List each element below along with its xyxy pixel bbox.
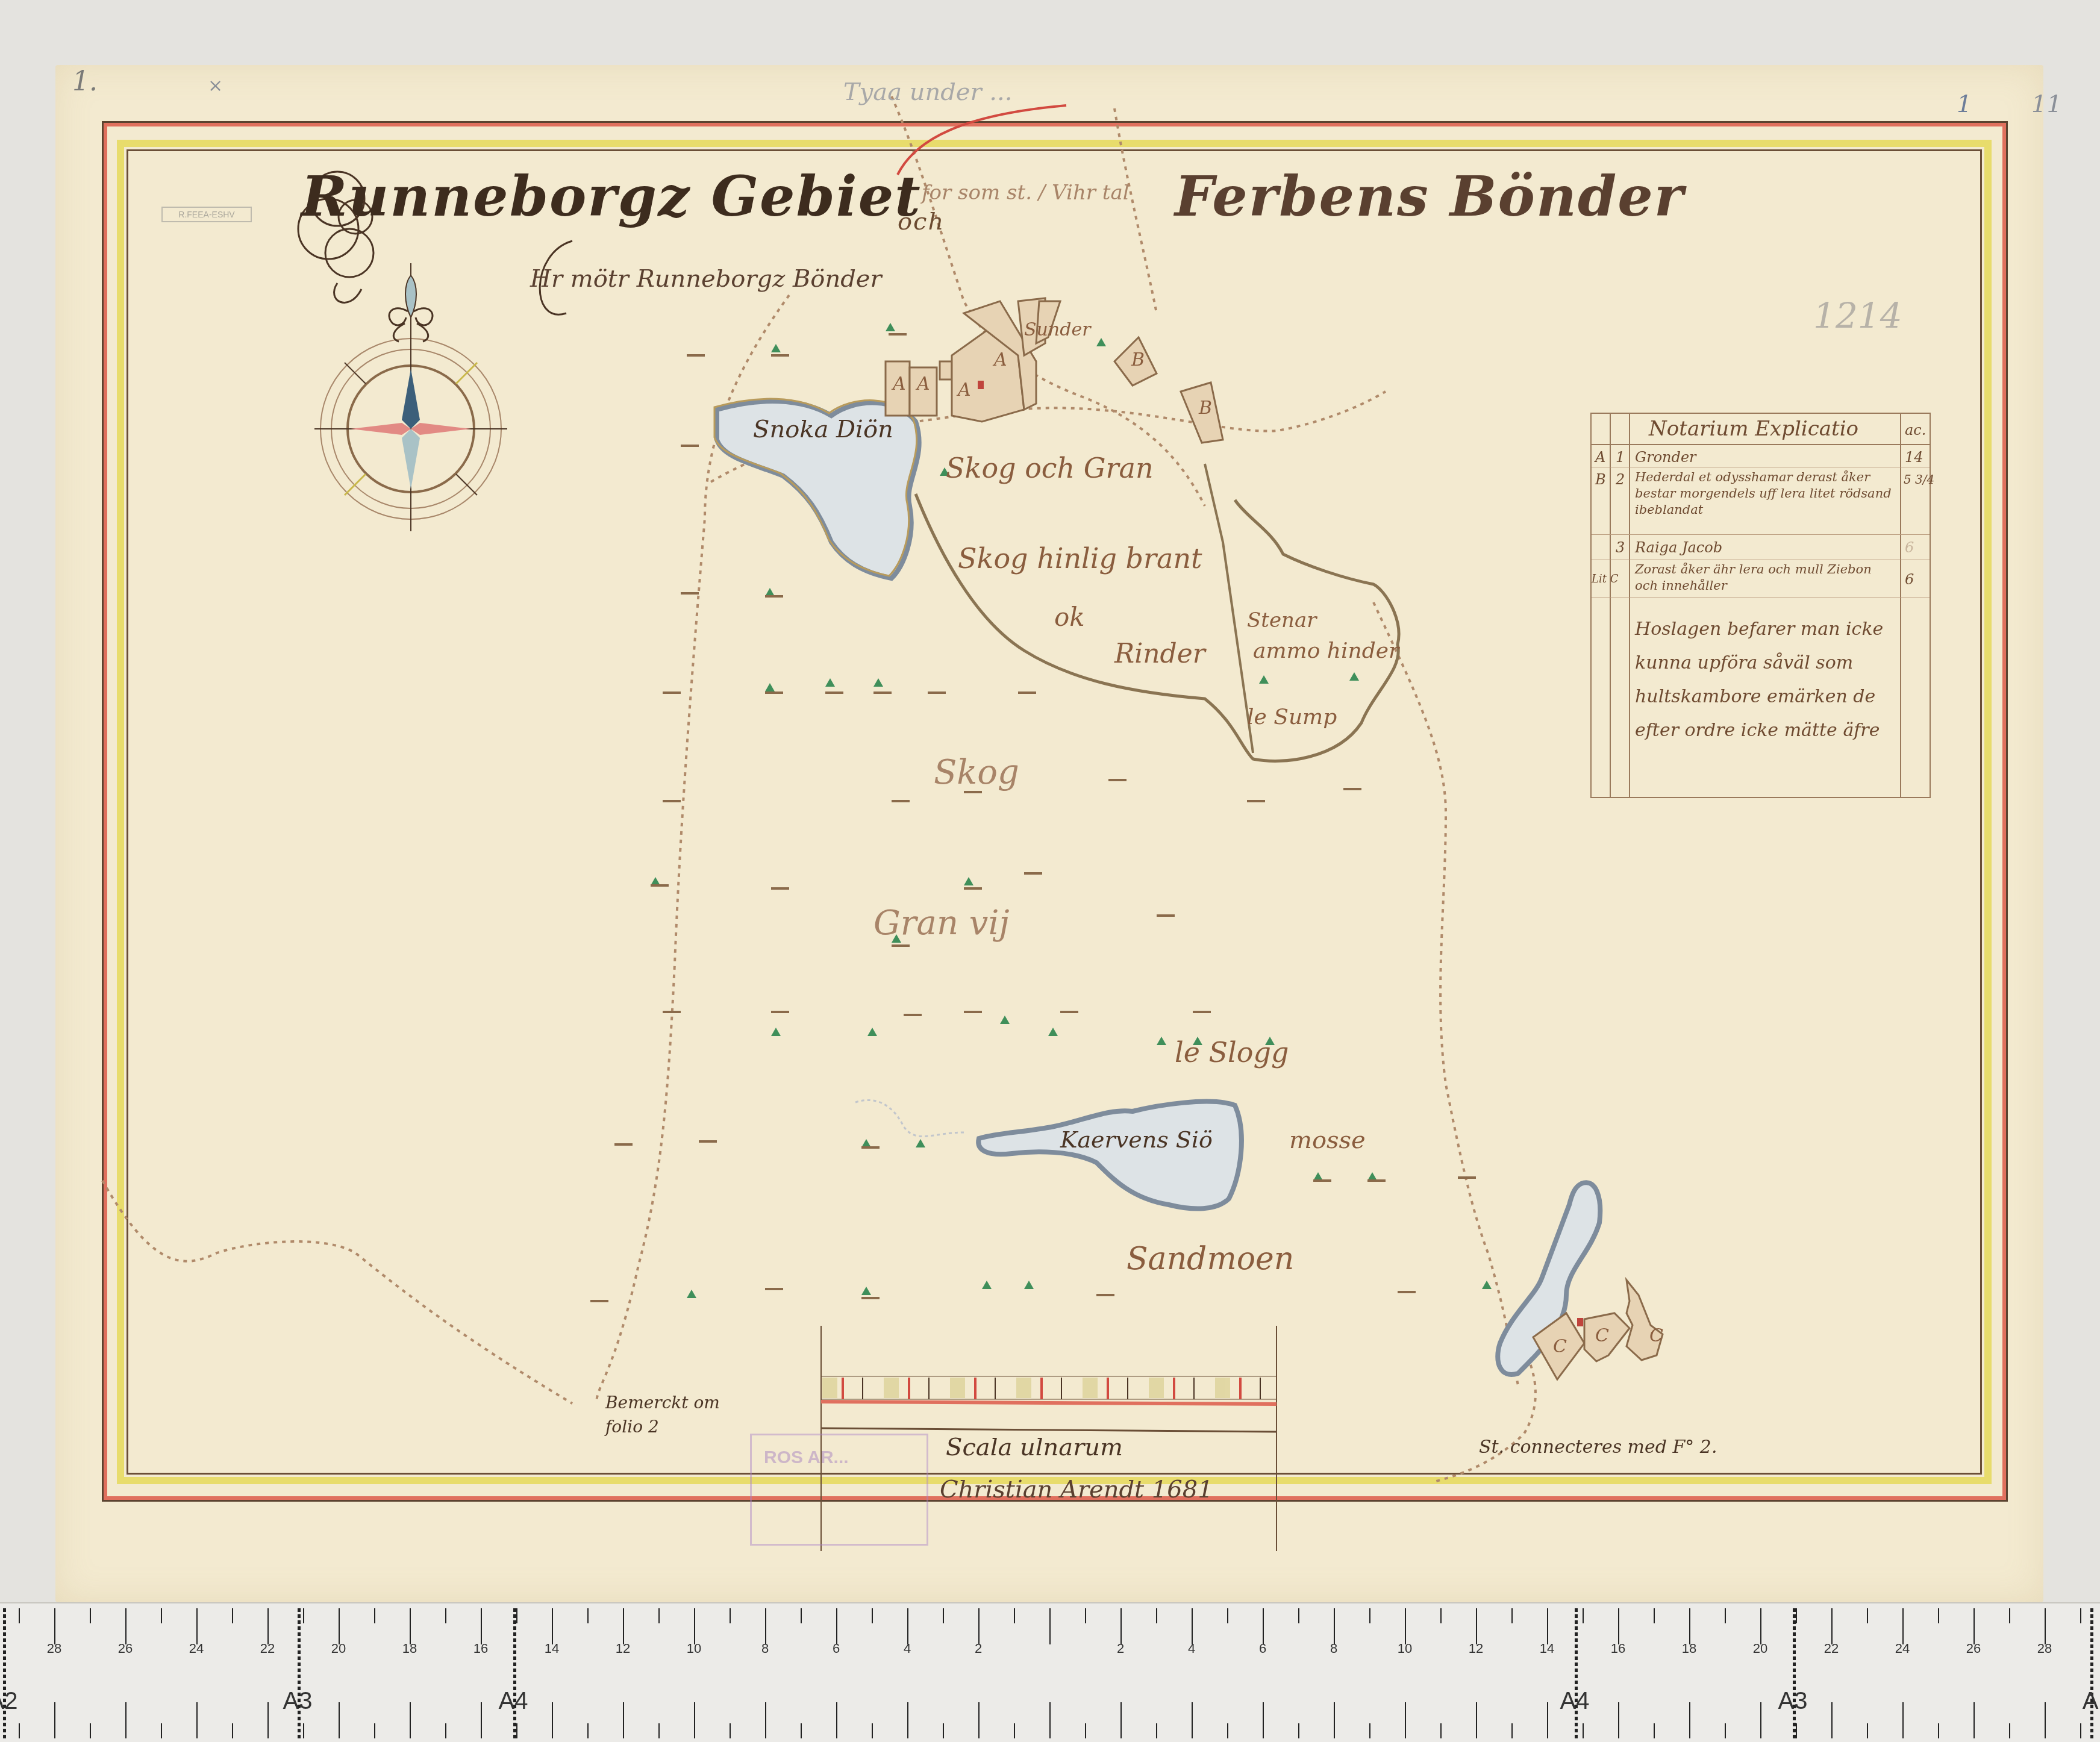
ruler-tick [374, 1608, 375, 1623]
ruler-tick [1654, 1608, 1655, 1623]
map-title-left: Runneborgz Gebiet [301, 164, 922, 229]
ruler-tick [410, 1702, 411, 1738]
ruler-tick [623, 1702, 624, 1738]
legend-row-value: 14 [1905, 447, 1923, 467]
ruler-tick [1298, 1608, 1299, 1623]
ruler-tick [552, 1608, 553, 1644]
lake-label-kaervens-sio: Kaervens Siö [1060, 1126, 1213, 1153]
label-ammo-hinder: ammo hinder [1253, 638, 1399, 663]
ruler-tick [1440, 1723, 1442, 1738]
ruler-number: 12 [616, 1641, 630, 1656]
ruler-tick [1689, 1702, 1690, 1738]
ruler-tick [658, 1608, 660, 1623]
ruler-number: 24 [189, 1641, 204, 1656]
parcel-divider [1205, 464, 1253, 753]
ruler-tick [232, 1608, 233, 1623]
ruler-tick [1583, 1608, 1584, 1623]
legend-note: Hoslagen befarer man icke kunna upföra s… [1635, 613, 1894, 748]
ruler-tick [1334, 1702, 1335, 1738]
label-sunder: Sunder [1024, 319, 1091, 340]
ruler-tick [1760, 1608, 1761, 1644]
ruler-number: 6 [833, 1641, 840, 1656]
lake-kaervens-sio [978, 1102, 1242, 1209]
ruler-tick [267, 1702, 269, 1738]
ruler-tick [1049, 1608, 1051, 1644]
ruler-tick [481, 1702, 482, 1738]
ruler-number: 6 [1259, 1641, 1266, 1656]
stamp-text: ROS AR... [764, 1447, 849, 1468]
note-folio-2: folio 2 [605, 1417, 659, 1437]
map-signature: Christian Arendt 1681 [940, 1476, 1213, 1503]
farm-marker [1577, 1318, 1583, 1326]
ruler-tick [1263, 1702, 1264, 1738]
ruler-tick [1618, 1702, 1619, 1738]
legend-row-text: Hederdal et odysshamar derast åker besta… [1635, 469, 1894, 518]
paper-format-marker [513, 1608, 516, 1741]
ruler-tick [1725, 1608, 1726, 1623]
red-pen-stroke [898, 105, 1066, 175]
field-letter-a: A [893, 373, 906, 395]
ruler-number: 22 [260, 1641, 275, 1656]
faint-pencil-note: Tyaa under ... [843, 78, 1012, 106]
ruler-tick [1973, 1702, 1975, 1738]
ruler-tick [730, 1608, 731, 1623]
legend-row-text: Raiga Jacob [1635, 537, 1722, 558]
ruler-tick [1547, 1702, 1548, 1738]
ruler-tick [1511, 1723, 1513, 1738]
note-bemerckt: Bemerckt om [605, 1393, 720, 1413]
ruler-tick [1298, 1723, 1299, 1738]
ruler-tick [303, 1723, 304, 1738]
ruler-tick [587, 1608, 589, 1623]
label-stenar: Stenar [1247, 608, 1317, 632]
ruler-tick [196, 1608, 198, 1644]
legend-row-letter: A [1595, 447, 1605, 467]
ruler-number: 16 [1611, 1641, 1625, 1656]
ruler-tick [1796, 1723, 1797, 1738]
paper-format-marker [3, 1608, 6, 1741]
boundary-lines [102, 96, 1536, 1482]
ruler-tick [2045, 1702, 2046, 1738]
ruler-tick [303, 1608, 304, 1623]
ruler-number: 12 [1469, 1641, 1483, 1656]
ruler-tick [1192, 1702, 1193, 1738]
ruler-tick [943, 1723, 944, 1738]
paper-format-label: A4 [499, 1688, 528, 1715]
ruler-tick [1831, 1608, 1833, 1644]
ruler-tick [1831, 1702, 1833, 1738]
ruler-tick [1227, 1608, 1228, 1623]
field-letter-a: A [994, 349, 1007, 370]
ruler-tick [125, 1702, 127, 1738]
ruler-tick [1583, 1723, 1584, 1738]
legend-col-divider [1900, 414, 1901, 797]
paper-format-marker [298, 1608, 301, 1741]
ruler-number: 4 [904, 1641, 911, 1656]
ruler-tick [1263, 1608, 1264, 1644]
ruler-tick [1192, 1608, 1193, 1644]
ruler-tick [1938, 1723, 1939, 1738]
ruler-number: 18 [1682, 1641, 1696, 1656]
legend-row-value: 6 [1905, 569, 1914, 590]
ruler-tick [587, 1723, 589, 1738]
note-connect-folio: St. connecteres med F° 2. [1479, 1437, 1717, 1458]
label-skog: Skog [934, 753, 1019, 792]
paper-format-label: A4 [1560, 1688, 1590, 1715]
label-rinder: Rinder [1114, 638, 1205, 669]
legend-unit-header: ac. [1905, 420, 1926, 440]
ruler-tick [161, 1608, 162, 1623]
field-letter-b: B [1199, 398, 1212, 419]
ruler-tick [267, 1608, 269, 1644]
legend-title: Notarium Explicatio [1649, 419, 1858, 439]
ruler-tick [19, 1608, 20, 1623]
ruler-tick [1867, 1608, 1868, 1623]
ruler-tick [1085, 1723, 1086, 1738]
legend-row-value: 6 [1905, 537, 1914, 558]
ruler-tick [730, 1723, 731, 1738]
legend-header-line [1592, 444, 1930, 445]
legend-row-letter: B [1595, 469, 1606, 490]
field-letter-a: A [917, 373, 930, 395]
ruler-tick [836, 1608, 837, 1644]
ruler-tick [1867, 1723, 1868, 1738]
ruler-tick [374, 1723, 375, 1738]
ruler-tick [1085, 1608, 1086, 1623]
label-mosse: mosse [1289, 1126, 1366, 1154]
ruler-tick [1369, 1608, 1370, 1623]
ruler-tick [19, 1723, 20, 1738]
ruler-number: 14 [545, 1641, 559, 1656]
ruler-number: 2 [1117, 1641, 1124, 1656]
legend-table: Notarium Explicatio ac. A 1 Gronder 14 B… [1590, 413, 1931, 798]
ruler-tick [1156, 1723, 1157, 1738]
ruler-number: 10 [1398, 1641, 1412, 1656]
ruler-number: 24 [1895, 1641, 1910, 1656]
ruler-number: 28 [2037, 1641, 2052, 1656]
ruler-tick [2009, 1723, 2010, 1738]
label-ok: ok [1054, 602, 1085, 632]
label-le-slogg: le Slogg [1175, 1036, 1289, 1069]
ruler-tick [1725, 1723, 1726, 1738]
ruler-tick [1120, 1702, 1122, 1738]
ruler-tick [2009, 1608, 2010, 1623]
church-marker [978, 381, 984, 389]
paper-format-label: A3 [1778, 1688, 1808, 1715]
ruler-tick [1796, 1608, 1797, 1623]
legend-col-divider [1629, 414, 1630, 797]
ruler-tick [978, 1608, 980, 1644]
ruler-tick [694, 1608, 695, 1644]
ruler-number: 22 [1824, 1641, 1839, 1656]
ruler-tick [907, 1702, 908, 1738]
ruler-tick [1973, 1608, 1975, 1644]
faint-overlay-note: for som st. / Vihr tal [922, 181, 1130, 205]
ruler-tick [872, 1608, 873, 1623]
ruler-tick [1440, 1608, 1442, 1623]
ruler-tick [1654, 1723, 1655, 1738]
scale-label: Scala ulnarum [946, 1434, 1123, 1461]
ruler-tick [516, 1723, 517, 1738]
ruler-tick [552, 1702, 553, 1738]
ruler-tick [1014, 1723, 1015, 1738]
ruler-tick [1902, 1702, 1904, 1738]
ruler-tick [872, 1723, 873, 1738]
ruler-tick [1227, 1723, 1228, 1738]
ruler-tick [161, 1723, 162, 1738]
paper-format-marker [1575, 1608, 1578, 1741]
ruler-number: 2 [975, 1641, 982, 1656]
paper-format-label: A3 [283, 1688, 313, 1715]
legend-row-value: 5 3/4 [1904, 469, 1934, 490]
paper-format-label: A [2083, 1688, 2099, 1715]
ruler-number: 10 [687, 1641, 701, 1656]
ruler-tick [1476, 1702, 1477, 1738]
paper-format-label: A2 [0, 1688, 17, 1715]
ruler-tick [1476, 1608, 1477, 1644]
ruler-tick [801, 1608, 802, 1623]
ruler-tick [445, 1608, 446, 1623]
ruler-tick [765, 1608, 766, 1644]
ruler-tick [978, 1702, 980, 1738]
ruler-tick [1902, 1608, 1904, 1644]
field-letter-c: C [1649, 1325, 1663, 1346]
ruler-tick [339, 1702, 340, 1738]
ruler-tick [196, 1702, 198, 1738]
ruler-tick [694, 1702, 695, 1738]
ruler-tick [54, 1608, 55, 1644]
ruler-tick [943, 1608, 944, 1623]
ruler-tick [54, 1702, 55, 1738]
ruler-tick [1014, 1608, 1015, 1623]
field-letter-c: C [1595, 1325, 1609, 1346]
ruler-tick [1120, 1608, 1122, 1644]
paper-format-marker [2090, 1608, 2093, 1741]
label-skog-hinlig: Skog hinlig brant [958, 542, 1202, 575]
archive-stamp: ROS AR... [750, 1434, 928, 1546]
ruler-tick [90, 1608, 91, 1623]
label-gran-vij: Gran vij [873, 904, 1010, 943]
ruler-number: 20 [331, 1641, 346, 1656]
measurement-ruler: 2826242220181614121086422468101214161820… [0, 1602, 2100, 1742]
field-letter-c: C [1553, 1336, 1567, 1357]
ruler-tick [1938, 1608, 1939, 1623]
legend-row-letter: Lit C [1592, 569, 1618, 590]
ruler-tick [232, 1723, 233, 1738]
ruler-tick [2080, 1723, 2081, 1738]
ruler-number: 8 [761, 1641, 769, 1656]
ruler-tick [2080, 1608, 2081, 1623]
ruler-tick [658, 1723, 660, 1738]
ruler-tick [90, 1723, 91, 1738]
ruler-tick [339, 1608, 340, 1644]
legend-row-text: Gronder [1635, 447, 1696, 467]
field-letter-a: A [958, 379, 971, 401]
ruler-tick [1405, 1702, 1406, 1738]
ruler-tick [1618, 1608, 1619, 1644]
legend-row-num: 2 [1616, 469, 1625, 490]
ruler-number: 28 [47, 1641, 61, 1656]
ruler-tick [765, 1702, 766, 1738]
ruler-number: 16 [473, 1641, 488, 1656]
paper-format-marker [1793, 1608, 1796, 1741]
ruler-tick [2045, 1608, 2046, 1644]
map-title-right: Ferbens Bönder [1175, 164, 1684, 229]
lake-label-snoka-dion: Snoka Diön [753, 416, 893, 443]
ruler-tick [1689, 1608, 1690, 1644]
field-letter-b: B [1131, 349, 1145, 370]
ruler-number: 26 [1966, 1641, 1981, 1656]
ruler-number: 18 [402, 1641, 417, 1656]
ruler-tick [1405, 1608, 1406, 1644]
map-title-connector: och [898, 208, 945, 236]
ruler-tick [1369, 1723, 1370, 1738]
ruler-tick [445, 1723, 446, 1738]
ruler-tick [1511, 1608, 1513, 1623]
legend-row-num: 1 [1616, 447, 1625, 467]
label-le-sump: le Sump [1247, 705, 1337, 729]
map-subtitle: Hr mötr Runneborgz Bönder [530, 265, 882, 293]
ruler-tick [836, 1702, 837, 1738]
label-skog-och-gran: Skog och Gran [946, 452, 1154, 484]
ruler-tick [1547, 1608, 1548, 1644]
ruler-tick [1334, 1608, 1335, 1644]
ruler-tick [481, 1608, 482, 1644]
ruler-number: 8 [1330, 1641, 1337, 1656]
dry-lake-edge [855, 1100, 964, 1136]
ruler-number: 14 [1540, 1641, 1554, 1656]
legend-col-divider [1610, 414, 1611, 797]
ruler-tick [1760, 1702, 1761, 1738]
ruler-tick [410, 1608, 411, 1644]
ruler-number: 20 [1753, 1641, 1767, 1656]
ruler-number: 4 [1188, 1641, 1195, 1656]
ruler-tick [516, 1608, 517, 1623]
label-sandmoen: Sandmoen [1127, 1241, 1294, 1277]
ruler-tick [1156, 1608, 1157, 1623]
ruler-tick [907, 1608, 908, 1644]
ruler-tick [125, 1608, 127, 1644]
ruler-tick [623, 1608, 624, 1644]
legend-row-text: Zorast åker ähr lera och mull Ziebon och… [1635, 561, 1894, 594]
ruler-tick [1049, 1702, 1051, 1738]
ruler-tick [801, 1723, 802, 1738]
legend-row-num: 3 [1616, 537, 1625, 558]
ruler-number: 26 [118, 1641, 133, 1656]
